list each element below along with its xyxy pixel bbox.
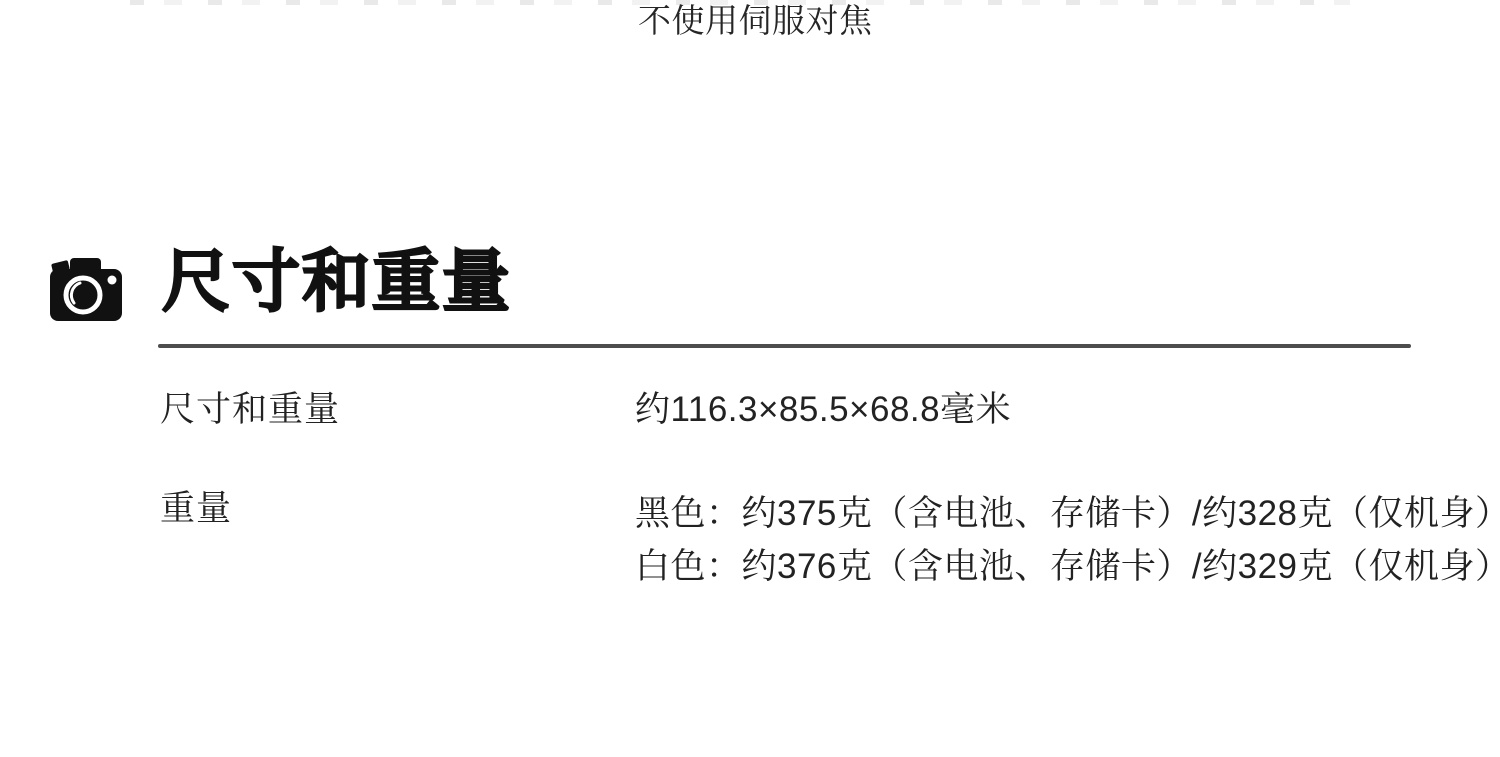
camera-icon — [50, 257, 122, 321]
spec-value-partial-focus-mode: 不使用伺服对焦 — [638, 0, 873, 41]
section-header-dimensions-weight: 尺寸和重量 — [50, 240, 512, 324]
spec-value-weight: 黑色：约375克（含电池、存储卡）/约328克（仅机身） 白色：约376克（含电… — [635, 487, 1500, 593]
spec-table: 尺寸和重量 约116.3×85.5×68.8毫米 重量 黑色：约375克（含电池… — [160, 388, 1495, 648]
section-title: 尺寸和重量 — [162, 240, 512, 324]
spec-value-dimensions: 约116.3×85.5×68.8毫米 — [635, 388, 1495, 432]
spec-row-dimensions: 尺寸和重量 约116.3×85.5×68.8毫米 — [160, 388, 1495, 432]
spec-label-dimensions: 尺寸和重量 — [160, 388, 635, 432]
spec-value-weight-white: 白色：约376克（含电池、存储卡）/约329克（仅机身） — [635, 540, 1500, 593]
spec-label-weight: 重量 — [160, 487, 635, 531]
product-spec-page: 不使用伺服对焦 尺寸和重量 尺寸和重量 约116.3×85.5×68.8毫米 重… — [0, 0, 1500, 757]
section-divider — [158, 344, 1411, 348]
spec-row-weight: 重量 黑色：约375克（含电池、存储卡）/约328克（仅机身） 白色：约376克… — [160, 487, 1495, 593]
spec-value-weight-black: 黑色：约375克（含电池、存储卡）/约328克（仅机身） — [635, 487, 1500, 540]
